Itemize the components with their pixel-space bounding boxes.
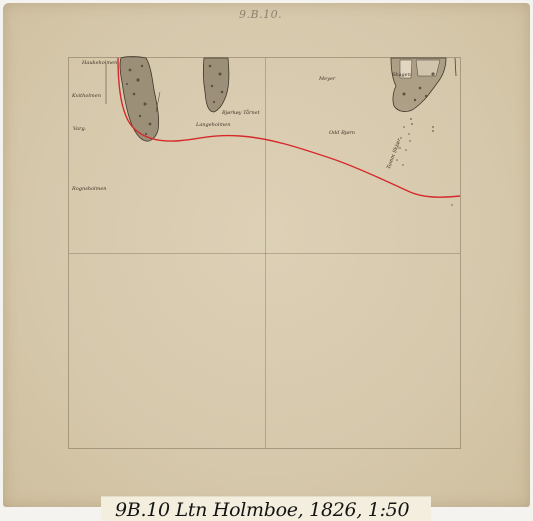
map-drawing <box>0 0 533 521</box>
place-label: Varg. <box>73 126 86 132</box>
place-label: Rognsholmen <box>72 186 107 192</box>
skerries-dots <box>396 118 453 206</box>
island-central <box>203 58 229 112</box>
map-caption: 9B.10 Ltn Holmboe, 1826, 1:50 000. <box>101 496 431 521</box>
island-west <box>120 57 159 142</box>
place-label: Meyer <box>319 76 335 82</box>
place-label: Langeholmen <box>196 122 230 128</box>
place-label: Skagen <box>392 72 411 78</box>
place-label: Odd Bjørn <box>329 130 355 136</box>
place-label: Bjørkøy Tårnet <box>222 110 260 116</box>
place-label: Haukeholmen <box>82 60 117 66</box>
place-label: Kvitholmen <box>72 93 101 99</box>
land-northeast <box>391 58 456 112</box>
